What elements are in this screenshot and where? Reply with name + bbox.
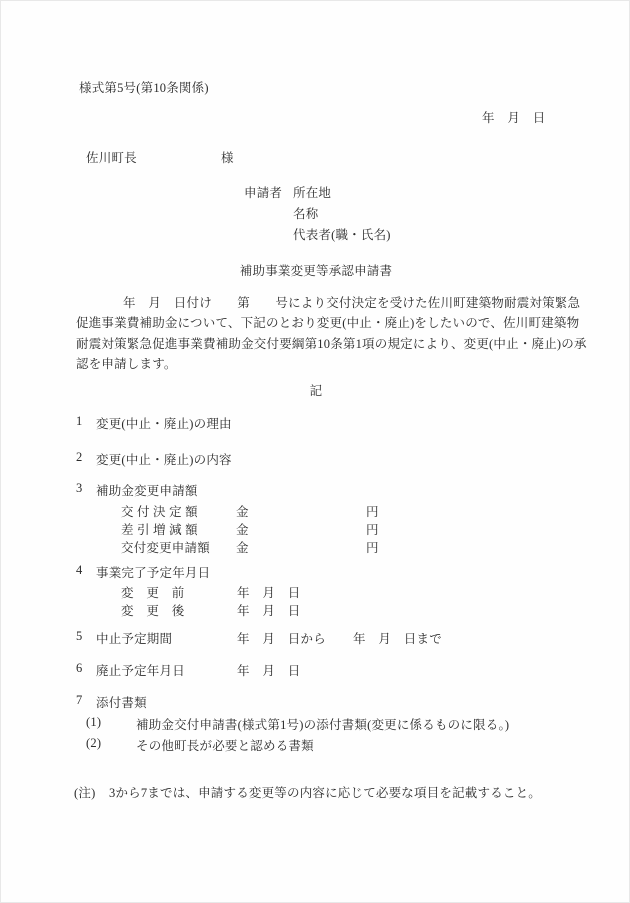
item-1-number: 1: [76, 414, 82, 429]
document-page: 様式第5号(第10条関係) 年 月 日 佐川町長 様 申請者 所在地 名称 代表…: [0, 0, 630, 903]
item-6-label: 廃止予定年月日: [96, 661, 185, 679]
item-4-number: 4: [76, 563, 82, 578]
body-line-4: 認を申請します。: [76, 354, 177, 372]
attachment-row: (2) その他町長が必要と認める書類: [1, 736, 629, 754]
amount-row: 差 引 増 減 額 金 円: [1, 520, 629, 538]
schedule-row-label: 変 更 後: [121, 601, 185, 619]
applicant-field-name: 名称: [293, 204, 318, 222]
item-2-label: 変更(中止・廃止)の内容: [96, 450, 232, 468]
schedule-row: 変 更 後 年 月 日: [1, 601, 629, 619]
item-3-number: 3: [76, 481, 82, 496]
item-7-label: 添付書類: [96, 693, 147, 711]
form-number: 様式第5号(第10条関係): [79, 78, 209, 96]
attachment-1-number: (1): [86, 715, 101, 730]
amount-suffix: 円: [366, 502, 379, 520]
addressee-honorific: 様: [221, 148, 234, 166]
attachment-2-text: その他町長が必要と認める書類: [136, 736, 314, 754]
note-text: 3から7までは、申請する変更等の内容に応じて必要な項目を記載すること。: [109, 783, 541, 801]
amount-row: 交付変更申請額 金 円: [1, 538, 629, 556]
amount-row-label: 差 引 増 減 額: [121, 520, 198, 538]
amount-suffix: 円: [366, 520, 379, 538]
item-7-number: 7: [76, 693, 82, 708]
item-5-label: 中止予定期間: [96, 629, 172, 647]
attachment-row: (1) 補助金交付申請書(様式第1号)の添付書類(変更に係るものに限る。): [1, 715, 629, 733]
addressee-name: 佐川町長: [86, 148, 137, 166]
attachment-2-number: (2): [86, 736, 101, 751]
amount-row: 交 付 決 定 額 金 円: [1, 502, 629, 520]
document-title: 補助事業変更等承認申請書: [76, 261, 556, 279]
amount-prefix: 金: [236, 520, 249, 538]
applicant-field-representative: 代表者(職・氏名): [293, 225, 391, 243]
item-2-number: 2: [76, 450, 82, 465]
item-5-number: 5: [76, 629, 82, 644]
abolition-date: 年 月 日: [237, 661, 301, 679]
applicant-label: 申請者: [244, 183, 282, 201]
item-1-label: 変更(中止・廃止)の理由: [96, 414, 232, 432]
schedule-row-date: 年 月 日: [237, 583, 301, 601]
body-line-1: 年 月 日付け 第 号により交付決定を受けた佐川町建築物耐震対策緊急: [123, 293, 580, 311]
amount-row-label: 交 付 決 定 額: [121, 502, 198, 520]
suspension-from-date: 年 月 日から: [237, 629, 326, 647]
item-6-number: 6: [76, 661, 82, 676]
body-line-3: 耐震対策緊急促進事業費補助金交付要綱第10条第1項の規定により、変更(中止・廃止…: [76, 334, 587, 352]
schedule-row: 変 更 前 年 月 日: [1, 583, 629, 601]
amount-prefix: 金: [236, 538, 249, 556]
amount-suffix: 円: [366, 538, 379, 556]
schedule-row-label: 変 更 前: [121, 583, 185, 601]
applicant-field-address: 所在地: [293, 183, 331, 201]
ki-marker: 記: [76, 381, 556, 399]
date-placeholder: 年 月 日: [482, 108, 546, 126]
amount-prefix: 金: [236, 502, 249, 520]
schedule-row-date: 年 月 日: [237, 601, 301, 619]
item-4-label: 事業完了予定年月日: [96, 563, 210, 581]
suspension-to-date: 年 月 日まで: [353, 629, 442, 647]
attachment-1-text: 補助金交付申請書(様式第1号)の添付書類(変更に係るものに限る。): [136, 715, 509, 733]
note-label: (注): [74, 783, 95, 801]
item-3-label: 補助金変更申請額: [96, 481, 198, 499]
body-line-2: 促進事業費補助金について、下記のとおり変更(中止・廃止)をしたいので、佐川町建築…: [76, 313, 579, 331]
amount-row-label: 交付変更申請額: [121, 538, 210, 556]
